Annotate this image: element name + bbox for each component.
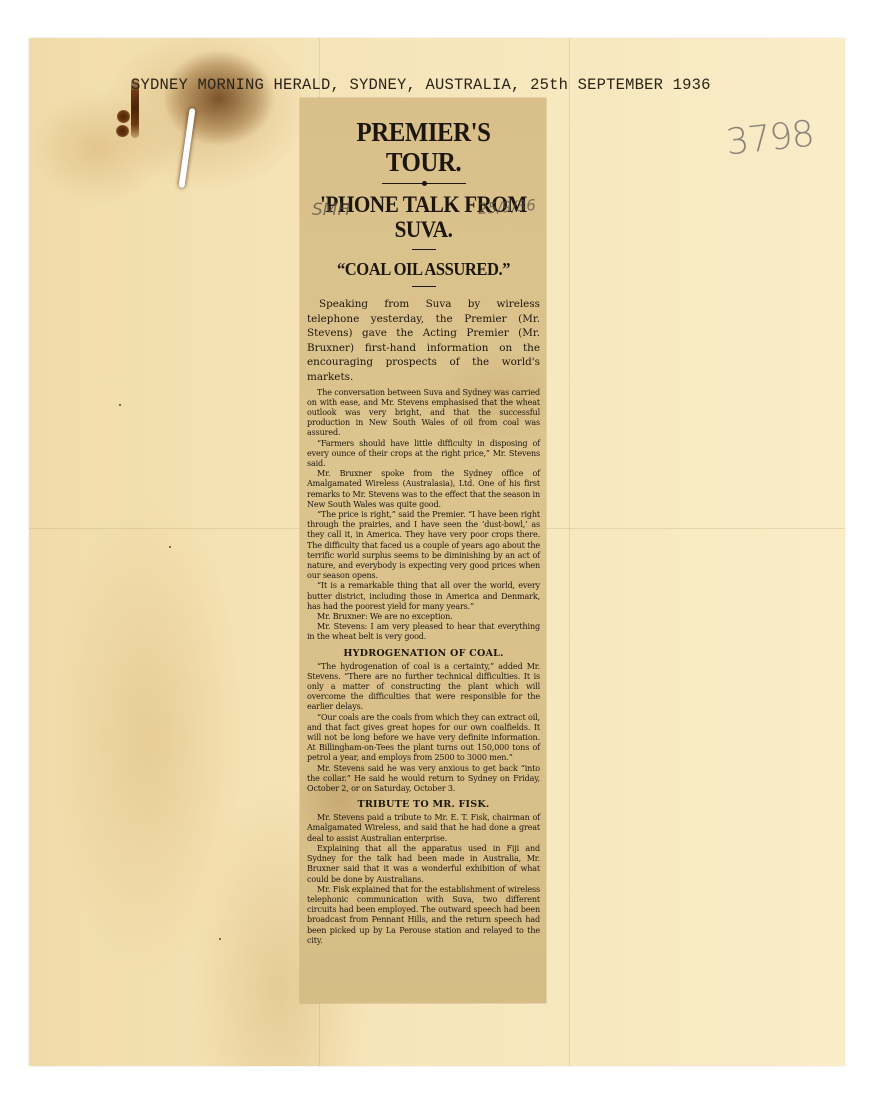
burn-stain	[117, 110, 130, 123]
speck	[219, 938, 221, 940]
paragraph: “It is a remarkable thing that all over …	[307, 581, 540, 612]
paragraph: Explaining that all the apparatus used i…	[307, 844, 540, 885]
divider	[412, 249, 436, 250]
fold-crease	[569, 38, 570, 1066]
section-heading-hydrogenation: HYDROGENATION OF COAL.	[307, 648, 540, 659]
paper-tear	[178, 108, 195, 188]
headline: PREMIER'S TOUR.	[316, 98, 530, 177]
pencil-note-source: SMH	[312, 200, 350, 220]
burn-stain	[116, 125, 129, 137]
paragraph: “Our coals are the coals from which they…	[307, 713, 540, 764]
paragraph: Mr. Bruxner spoke from the Sydney office…	[307, 469, 540, 510]
section-heading-tribute: TRIBUTE TO MR. FISK.	[307, 799, 540, 810]
speck	[119, 404, 121, 406]
paragraph: Mr. Stevens: I am very pleased to hear t…	[307, 622, 540, 642]
article-body-part3: Mr. Stevens paid a tribute to Mr. E. T. …	[307, 813, 540, 946]
headline-divider	[382, 183, 466, 184]
paragraph: “Farmers should have little difficulty i…	[307, 439, 540, 470]
third-headline: “COAL OIL ASSURED.”	[316, 259, 530, 279]
paragraph: “The price is right,” said the Premier. …	[307, 510, 540, 581]
paragraph: The conversation between Suva and Sydney…	[307, 388, 540, 439]
paragraph: Mr. Stevens paid a tribute to Mr. E. T. …	[307, 813, 540, 844]
newspaper-clipping: PREMIER'S TOUR. 'PHONE TALK FROM SUVA. “…	[300, 98, 546, 1003]
article-body-part1: The conversation between Suva and Sydney…	[307, 388, 540, 643]
paragraph: “The hydrogenation of coal is a certaint…	[307, 662, 540, 713]
lead-paragraph: Speaking from Suva by wireless telephone…	[307, 297, 540, 385]
divider	[412, 286, 436, 287]
article-body-part2: “The hydrogenation of coal is a certaint…	[307, 662, 540, 795]
paragraph: Mr. Stevens said he was very anxious to …	[307, 764, 540, 795]
paragraph: Mr. Bruxner: We are no exception.	[307, 612, 540, 622]
paragraph: Mr. Fisk explained that for the establis…	[307, 885, 540, 946]
speck	[169, 546, 171, 548]
typed-header: SYDNEY MORNING HERALD, SYDNEY, AUSTRALIA…	[131, 76, 711, 94]
